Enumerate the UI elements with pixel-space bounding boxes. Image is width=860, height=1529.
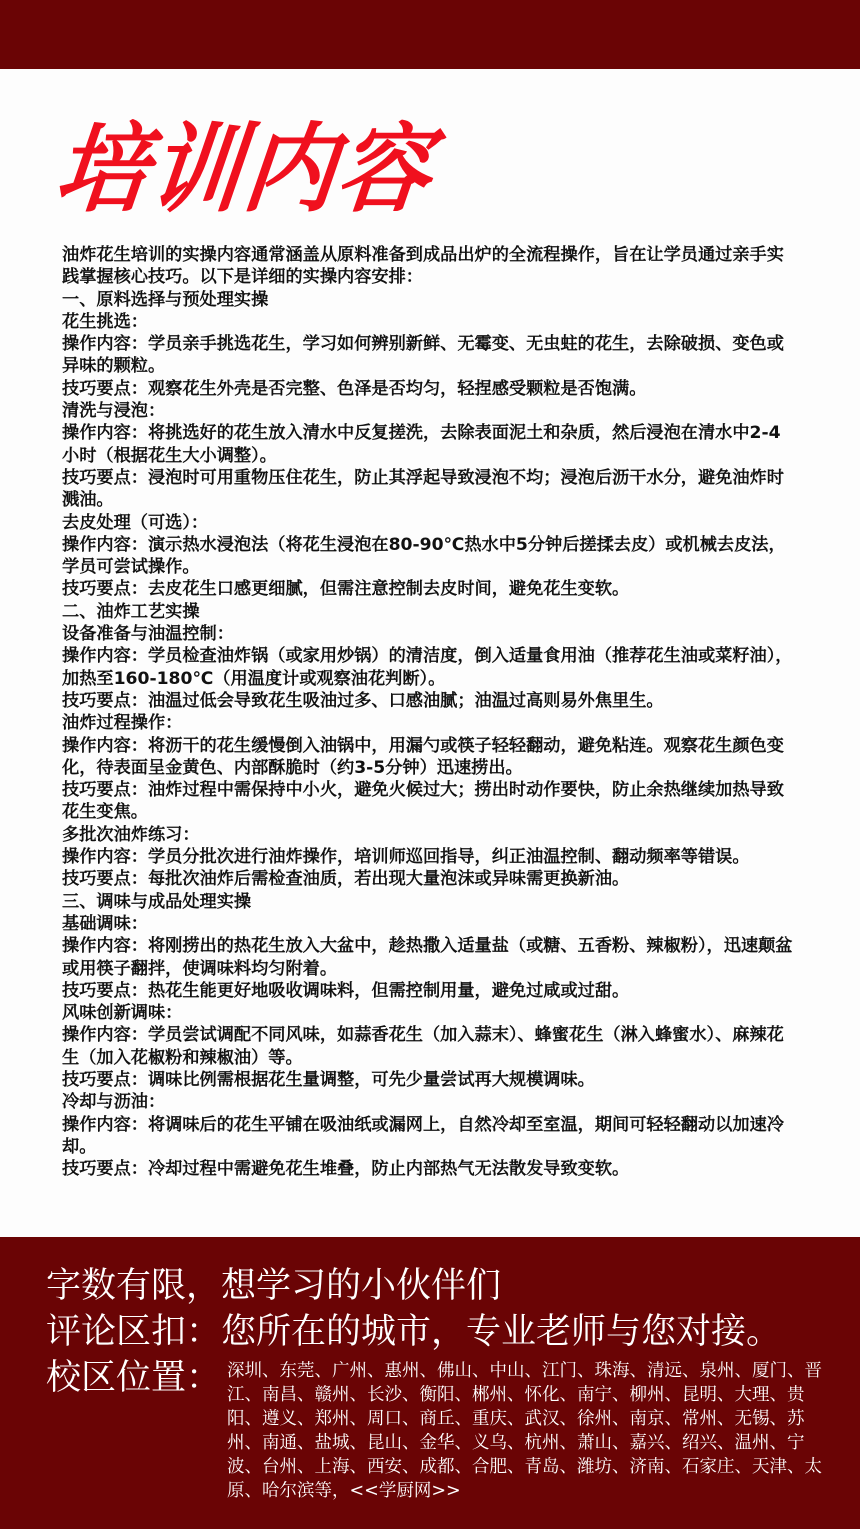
footer-banner: 字数有限，想学习的小伙伴们 评论区扣：您所在的城市，专业老师与您对接。 校区位置…	[0, 1237, 860, 1529]
operation-text: 操作内容：将调味后的花生平铺在吸油纸或漏网上，自然冷却至室温，期间可轻轻翻动以加…	[62, 1114, 797, 1159]
cta-line-2: 评论区扣：您所在的城市，专业老师与您对接。	[46, 1311, 781, 1353]
operation-text: 操作内容：将刚捞出的热花生放入大盆中，趁热撒入适量盐（或糖、五香粉、辣椒粉），迅…	[62, 935, 797, 980]
operation-text: 操作内容：学员尝试调配不同风味，如蒜香花生（加入蒜末）、蜂蜜花生（淋入蜂蜜水）、…	[62, 1024, 797, 1069]
tip-text: 技巧要点：去皮花生口感更细腻，但需注意控制去皮时间，避免花生变软。	[62, 578, 797, 600]
top-banner	[0, 0, 860, 69]
operation-text: 操作内容：演示热水浸泡法（将花生浸泡在80-90℃热水中5分钟后搓揉去皮）或机械…	[62, 534, 797, 579]
subsection-heading: 清洗与浸泡：	[62, 400, 797, 422]
section-heading-3: 三、调味与成品处理实操	[62, 891, 797, 913]
tip-text: 技巧要点：调味比例需根据花生量调整，可先少量尝试再大规模调味。	[62, 1069, 797, 1091]
subsection-heading: 去皮处理（可选）：	[62, 512, 797, 534]
tip-text: 技巧要点：每批次油炸后需检查油质，若出现大量泡沫或异味需更换新油。	[62, 868, 797, 890]
page-title: 培训内容	[50, 112, 438, 228]
subsection-heading: 设备准备与油温控制：	[62, 623, 797, 645]
operation-text: 操作内容：将挑选好的花生放入清水中反复搓洗，去除表面泥土和杂质，然后浸泡在清水中…	[62, 422, 797, 467]
training-content: 油炸花生培训的实操内容通常涵盖从原料准备到成品出炉的全流程操作，旨在让学员通过亲…	[62, 244, 797, 1180]
subsection-heading: 风味创新调味：	[62, 1002, 797, 1024]
tip-text: 技巧要点：冷却过程中需避免花生堆叠，防止内部热气无法散发导致变软。	[62, 1158, 797, 1180]
section-heading-2: 二、油炸工艺实操	[62, 601, 797, 623]
cta-line-1: 字数有限，想学习的小伙伴们	[46, 1265, 501, 1307]
tip-text: 技巧要点：浸泡时可用重物压住花生，防止其浮起导致浸泡不均；浸泡后沥干水分，避免油…	[62, 467, 797, 512]
operation-text: 操作内容：学员分批次进行油炸操作，培训师巡回指导，纠正油温控制、翻动频率等错误。	[62, 846, 797, 868]
operation-text: 操作内容：学员亲手挑选花生，学习如何辨别新鲜、无霉变、无虫蛀的花生，去除破损、变…	[62, 333, 797, 378]
tip-text: 技巧要点：观察花生外壳是否完整、色泽是否均匀，轻捏感受颗粒是否饱满。	[62, 378, 797, 400]
location-label: 校区位置：	[46, 1357, 221, 1399]
subsection-heading: 油炸过程操作：	[62, 712, 797, 734]
subsection-heading: 花生挑选：	[62, 311, 797, 333]
subsection-heading: 多批次油炸练习：	[62, 824, 797, 846]
operation-text: 操作内容：学员检查油炸锅（或家用炒锅）的清洁度，倒入适量食用油（推荐花生油或菜籽…	[62, 645, 797, 690]
tip-text: 技巧要点：油温过低会导致花生吸油过多、口感油腻；油温过高则易外焦里生。	[62, 690, 797, 712]
city-list: 深圳、东莞、广州、惠州、佛山、中山、江门、珠海、清远、泉州、厦门、晋江、南昌、赣…	[227, 1359, 837, 1504]
operation-text: 操作内容：将沥干的花生缓慢倒入油锅中，用漏勺或筷子轻轻翻动，避免粘连。观察花生颜…	[62, 735, 797, 780]
subsection-heading: 冷却与沥油：	[62, 1091, 797, 1113]
intro-paragraph: 油炸花生培训的实操内容通常涵盖从原料准备到成品出炉的全流程操作，旨在让学员通过亲…	[62, 244, 797, 289]
subsection-heading: 基础调味：	[62, 913, 797, 935]
section-heading-1: 一、原料选择与预处理实操	[62, 289, 797, 311]
tip-text: 技巧要点：热花生能更好地吸收调味料，但需控制用量，避免过咸或过甜。	[62, 980, 797, 1002]
tip-text: 技巧要点：油炸过程中需保持中小火，避免火候过大；捞出时动作要快，防止余热继续加热…	[62, 779, 797, 824]
